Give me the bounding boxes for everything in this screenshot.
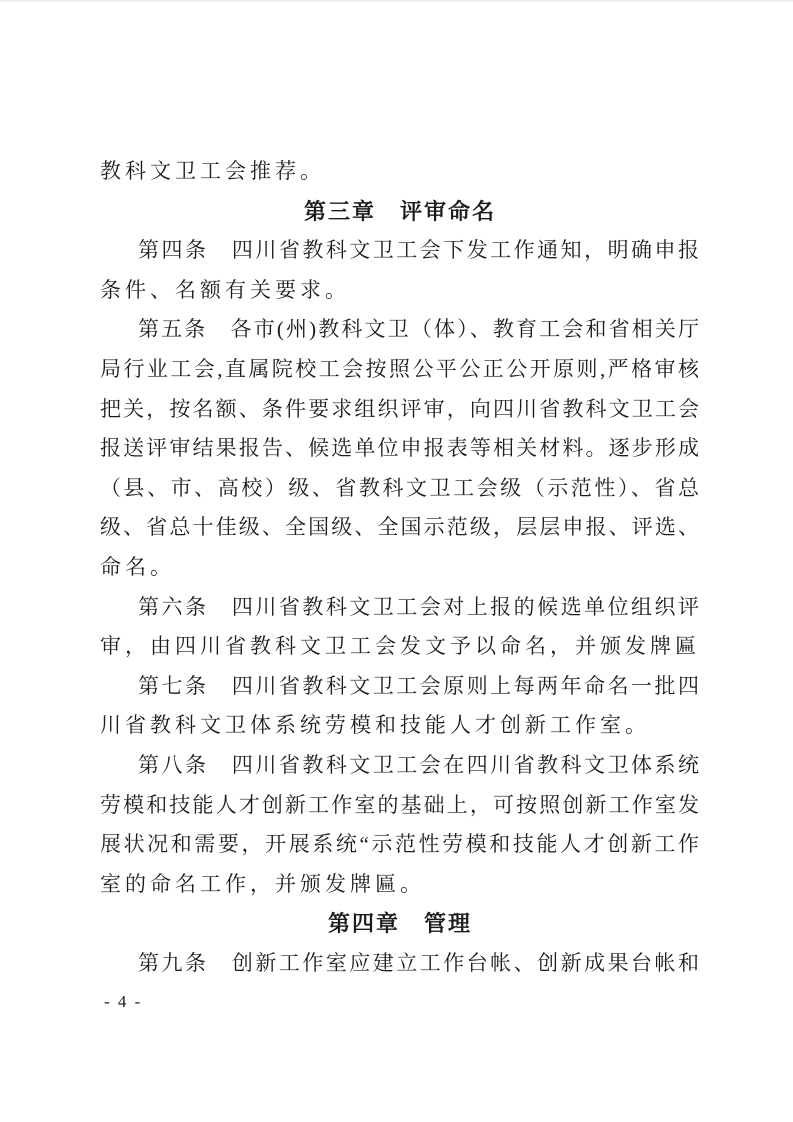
text-line: 第四条 四川省教科文卫工会下发工作通知，明确申报 — [100, 231, 700, 271]
text-line: 审，由四川省教科文卫工会发文予以命名，并颁发牌匾。 — [100, 627, 700, 667]
document-text-block: 教科文卫工会推荐。 第三章 评审命名 第四条 四川省教科文卫工会下发工作通知，明… — [100, 152, 700, 983]
text-line: 条件、名额有关要求。 — [100, 271, 700, 311]
text-line: 第六条 四川省教科文卫工会对上报的候选单位组织评 — [100, 588, 700, 628]
text-line: 局行业工会,直属院校工会按照公平公正公开原则,严格审核 — [100, 350, 700, 390]
chapter-4-heading: 第四章 管理 — [100, 904, 700, 944]
document-page: 教科文卫工会推荐。 第三章 评审命名 第四条 四川省教科文卫工会下发工作通知，明… — [0, 0, 793, 1122]
text-line: 级、省总十佳级、全国级、全国示范级，层层申报、评选、 — [100, 508, 700, 548]
text-line: 第九条 创新工作室应建立工作台帐、创新成果台帐和 — [100, 944, 700, 984]
text-line: 室的命名工作，并颁发牌匾。 — [100, 865, 700, 905]
text-line: 川省教科文卫体系统劳模和技能人才创新工作室。 — [100, 706, 700, 746]
text-line: 第五条 各市(州)教科文卫（体）、教育工会和省相关厅 — [100, 310, 700, 350]
chapter-3-heading: 第三章 评审命名 — [100, 192, 700, 232]
text-line: 命名。 — [100, 548, 700, 588]
text-line: 劳模和技能人才创新工作室的基础上，可按照创新工作室发 — [100, 786, 700, 826]
text-line: （县、市、高校）级、省教科文卫工会级（示范性）、省总 — [100, 469, 700, 509]
text-line: 展状况和需要，开展系统“示范性劳模和技能人才创新工作 — [100, 825, 700, 865]
text-line: 把关，按名额、条件要求组织评审，向四川省教科文卫工会 — [100, 390, 700, 430]
text-line: 第七条 四川省教科文卫工会原则上每两年命名一批四 — [100, 667, 700, 707]
text-line: 教科文卫工会推荐。 — [100, 152, 700, 192]
page-number: - 4 - — [104, 986, 142, 1018]
text-line: 第八条 四川省教科文卫工会在四川省教科文卫体系统 — [100, 746, 700, 786]
text-line: 报送评审结果报告、候选单位申报表等相关材料。逐步形成 — [100, 429, 700, 469]
